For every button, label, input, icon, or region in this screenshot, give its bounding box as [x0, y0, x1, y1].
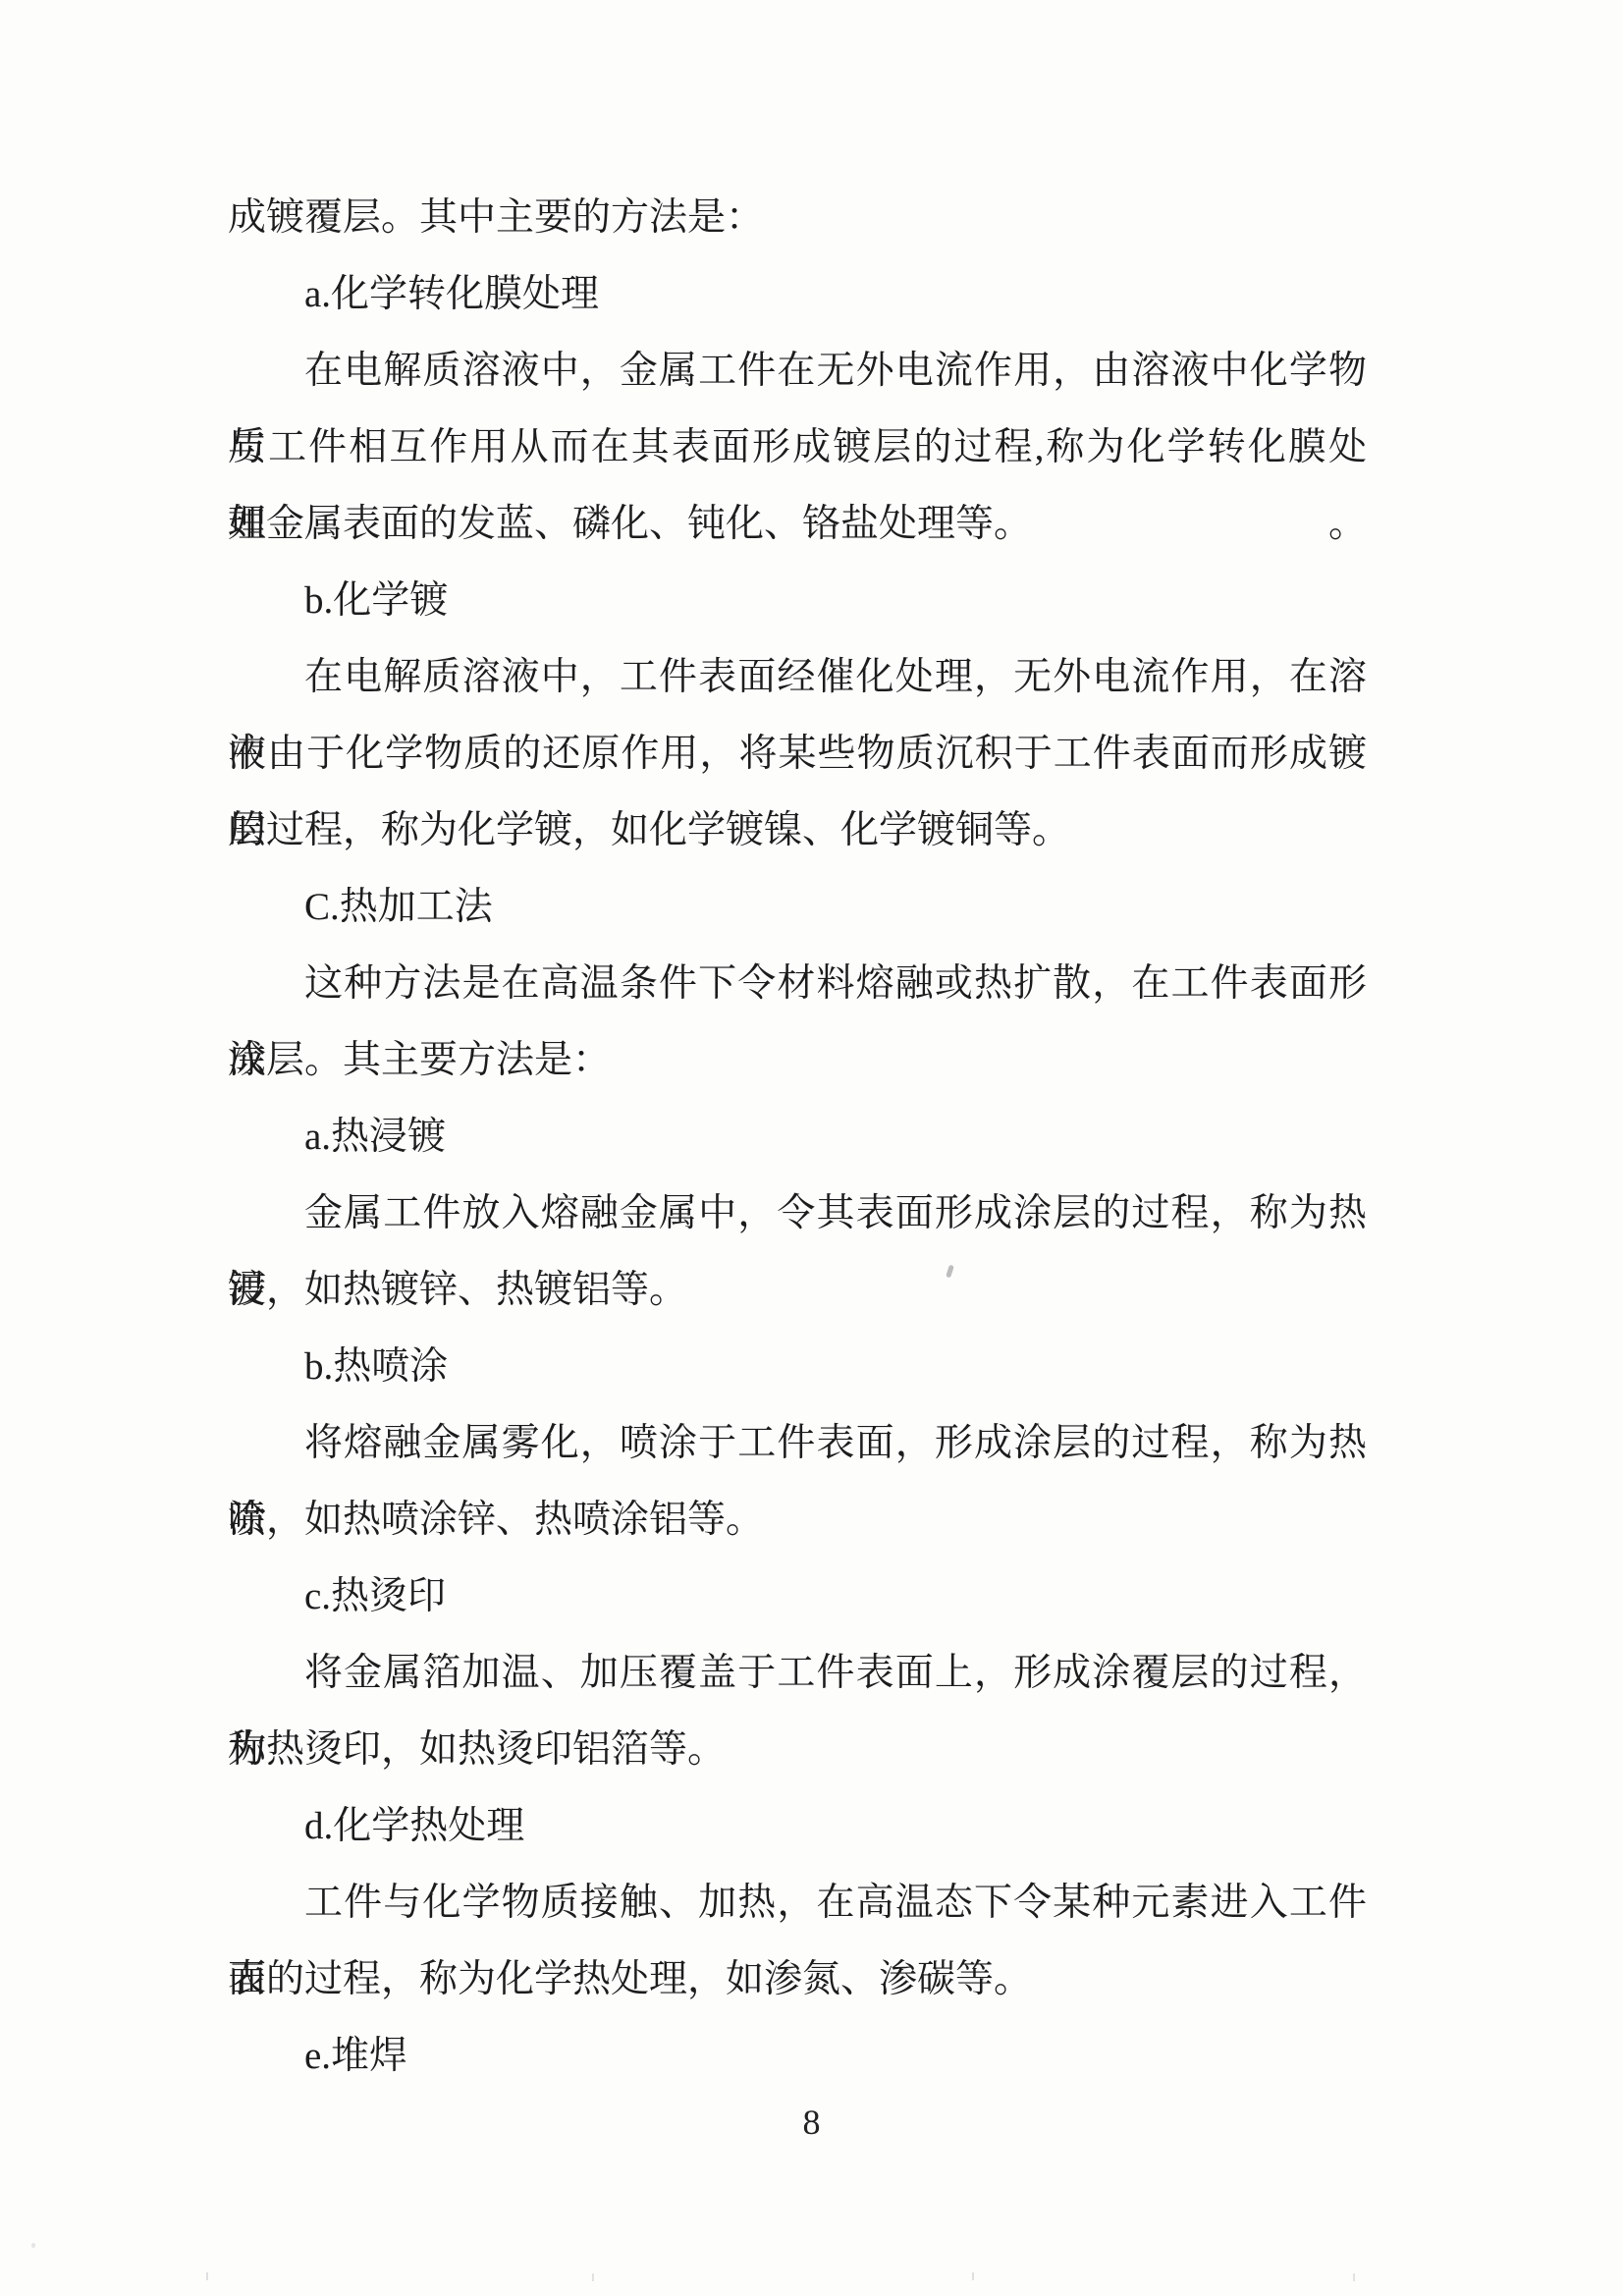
text-line: e.堆焊	[228, 2018, 1367, 2095]
text-line: 为热烫印，如热烫印铝箔等。	[228, 1712, 1367, 1788]
scan-artifact	[31, 2243, 35, 2248]
text-line: b.化学镀	[228, 563, 1367, 639]
text-line: b.热喷涂	[228, 1329, 1367, 1405]
text-block: 成镀覆层。其中主要的方法是：a.化学转化膜处理在电解质溶液中，金属工件在无外电流…	[228, 180, 1367, 2095]
text-line: C.热加工法	[228, 869, 1367, 946]
text-line: 镀，如热镀锌、热镀铝等。	[228, 1252, 1367, 1329]
text-line: a.化学转化膜处理	[228, 256, 1367, 333]
page-number: 8	[0, 2102, 1623, 2143]
text-line: 在电解质溶液中，金属工件在无外电流作用，由溶液中化学物质	[228, 333, 1367, 410]
text-line: d.化学热处理	[228, 1788, 1367, 1865]
text-line: 与工件相互作用从而在其表面形成镀层的过程,称为化学转化膜处理。	[228, 410, 1367, 486]
text-line: 在电解质溶液中，工件表面经催化处理，无外电流作用，在溶液	[228, 639, 1367, 716]
scan-artifact	[972, 2272, 974, 2280]
text-line: c.热烫印	[228, 1558, 1367, 1635]
scan-artifact	[592, 2273, 594, 2281]
scan-artifact	[1353, 2273, 1355, 2281]
text-line: 的过程，称为化学镀，如化学镀镍、化学镀铜等。	[228, 793, 1367, 869]
text-line: 成镀覆层。其中主要的方法是：	[228, 180, 1367, 256]
text-line: 将熔融金属雾化，喷涂于工件表面，形成涂层的过程，称为热喷	[228, 1405, 1367, 1482]
text-line: 工件与化学物质接触、加热，在高温态下令某种元素进入工件表	[228, 1865, 1367, 1941]
text-line: 将金属箔加温、加压覆盖于工件表面上，形成涂覆层的过程，称	[228, 1635, 1367, 1712]
text-line: 涂，如热喷涂锌、热喷涂铝等。	[228, 1482, 1367, 1558]
document-page: 成镀覆层。其中主要的方法是：a.化学转化膜处理在电解质溶液中，金属工件在无外电流…	[0, 0, 1623, 2296]
scan-artifact	[206, 2272, 208, 2280]
text-line: 这种方法是在高温条件下令材料熔融或热扩散，在工件表面形成	[228, 946, 1367, 1022]
text-line: 涂层。其主要方法是：	[228, 1022, 1367, 1099]
text-line: 面的过程，称为化学热处理，如渗氮、渗碳等。	[228, 1941, 1367, 2018]
text-line: a.热浸镀	[228, 1099, 1367, 1175]
text-line: 金属工件放入熔融金属中，令其表面形成涂层的过程，称为热浸	[228, 1175, 1367, 1252]
text-line: 中由于化学物质的还原作用，将某些物质沉积于工件表面而形成镀层	[228, 716, 1367, 793]
